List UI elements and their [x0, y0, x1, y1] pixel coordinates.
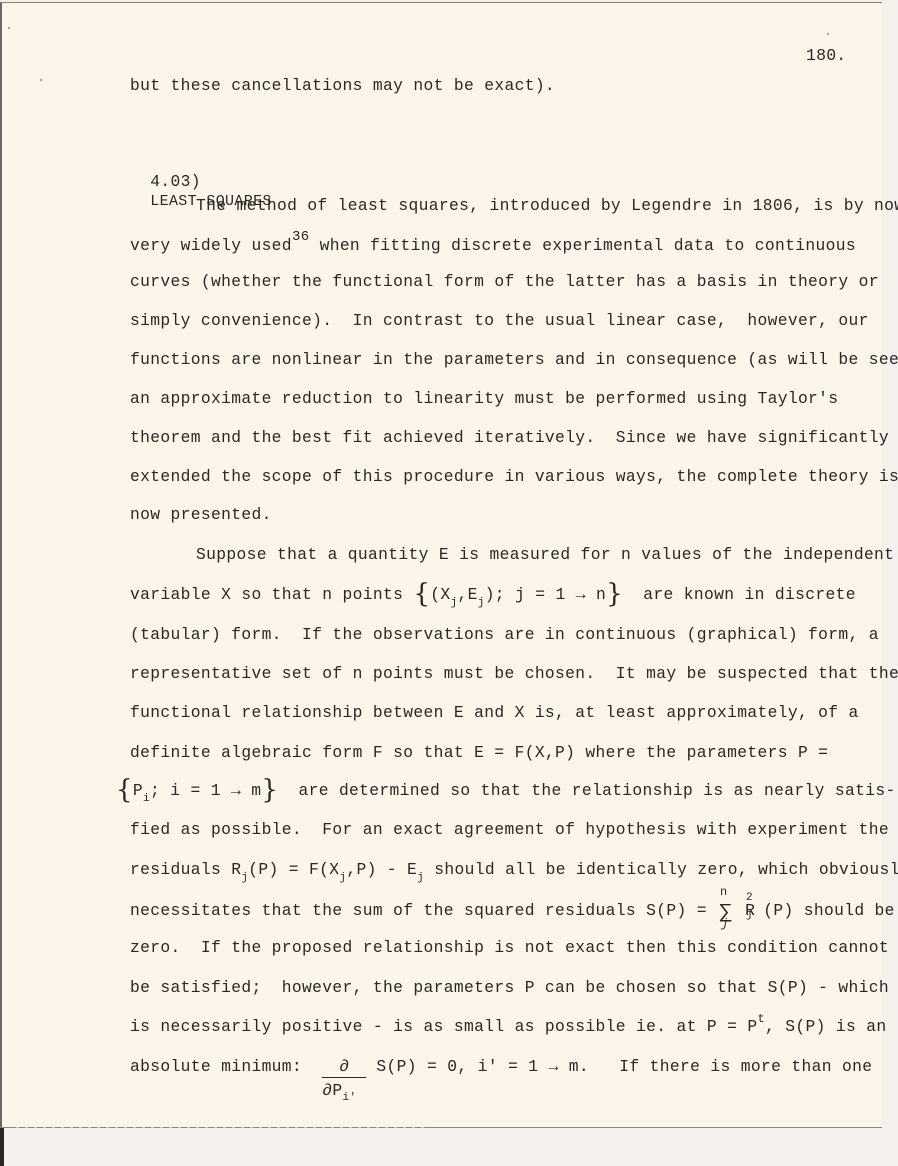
squared-residual: R2j — [735, 901, 755, 920]
superscript: 2 — [746, 892, 753, 904]
math-run: ,E — [457, 585, 477, 604]
text-run: S(P) = 0, i' = 1 → m. If there is more t… — [366, 1057, 872, 1076]
summation: n∑j — [717, 899, 735, 922]
set-brace-close: } — [261, 775, 278, 805]
text-line: simply convenience). In contrast to the … — [130, 311, 869, 330]
subscript: j — [417, 872, 424, 884]
text-run: are known in discrete — [623, 585, 856, 604]
footnote-reference: 36 — [292, 229, 310, 245]
text-run: should all be identically zero, which ob… — [424, 860, 898, 879]
text-line: very widely used36 when fitting discrete… — [130, 236, 856, 255]
text-line: The method of least squares, introduced … — [196, 196, 898, 215]
text-run: absolute minimum: — [130, 1057, 322, 1076]
text-line: representative set of n points must be c… — [130, 664, 898, 683]
fraction-denominator: ∂Pi' — [322, 1081, 366, 1100]
text-run: very widely used — [130, 236, 292, 255]
math-run: P — [133, 781, 143, 800]
subscript: j — [746, 909, 753, 921]
subscript: j — [478, 597, 485, 609]
subscript: i' — [343, 1092, 357, 1104]
superscript: t — [757, 1012, 765, 1026]
text-line: residuals Rj(P) = F(Xj,P) - Ej should al… — [130, 860, 898, 879]
set-brace-open: { — [116, 775, 133, 805]
text-line: definite algebraic form F so that E = F(… — [130, 743, 828, 762]
sum-lower-index: j — [721, 917, 729, 931]
text-line: theorem and the best fit achieved iterat… — [130, 428, 889, 447]
page-number: 180. — [806, 46, 846, 65]
text-line: Suppose that a quantity E is measured fo… — [196, 545, 894, 564]
math-run: ); j = 1 → n — [485, 585, 606, 604]
text-line: variable X so that n points {(Xj,Ej); j … — [130, 585, 856, 604]
math-run: ∂P — [322, 1081, 342, 1100]
sum-upper-limit: n — [720, 885, 728, 899]
text-line: {Pi; i = 1 → m} are determined so that t… — [116, 781, 896, 800]
partial-derivative: ∂∂Pi' — [322, 1057, 366, 1078]
text-run: , S(P) is an — [765, 1017, 886, 1036]
text-line: absolute minimum: ∂∂Pi' S(P) = 0, i' = 1… — [130, 1057, 872, 1078]
text-line: now presented. — [130, 505, 272, 524]
text-run: necessitates that the sum of the squared… — [130, 901, 717, 920]
subscript: i — [143, 793, 150, 805]
math-run: (P) = F(X — [248, 860, 339, 879]
math-run: (X — [430, 585, 450, 604]
paper-speck — [827, 33, 829, 35]
text-line: an approximate reduction to linearity mu… — [130, 389, 838, 408]
math-run: ,P) - E — [346, 860, 417, 879]
text-line: but these cancellations may not be exact… — [130, 76, 555, 95]
text-line: functions are nonlinear in the parameter… — [130, 350, 898, 369]
set-brace-close: } — [606, 579, 623, 609]
subscript: j — [339, 872, 346, 884]
text-line: necessitates that the sum of the squared… — [130, 899, 895, 922]
text-run: (P) should be — [763, 901, 895, 920]
text-line: is necessarily positive - is as small as… — [130, 1017, 886, 1036]
text-run: is necessarily positive - is as small as… — [130, 1017, 757, 1036]
subscript: j — [241, 872, 248, 884]
section-number: 4.03) — [150, 172, 201, 191]
text-line: be satisfied; however, the parameters P … — [130, 978, 889, 997]
partial-symbol: ∂ — [322, 1057, 366, 1078]
paper-speck — [40, 79, 42, 81]
text-run: variable X so that n points — [130, 585, 413, 604]
text-line: (tabular) form. If the observations are … — [130, 625, 879, 644]
set-brace-open: { — [413, 579, 430, 609]
text-line: functional relationship between E and X … — [130, 703, 859, 722]
text-run: when fitting discrete experimental data … — [309, 236, 856, 255]
math-run: ; i = 1 → m — [150, 781, 261, 800]
paper-speck — [8, 27, 10, 29]
subscript: j — [451, 597, 458, 609]
text-run: residuals R — [130, 860, 241, 879]
scan-bottom-margin — [0, 1127, 898, 1166]
text-line: zero. If the proposed relationship is no… — [130, 938, 889, 957]
text-line: fied as possible. For an exact agreement… — [130, 820, 889, 839]
text-line: curves (whether the functional form of t… — [130, 272, 879, 291]
text-line: extended the scope of this procedure in … — [130, 467, 898, 486]
page-edge-scuff — [10, 1127, 430, 1128]
text-run: are determined so that the relationship … — [278, 781, 895, 800]
